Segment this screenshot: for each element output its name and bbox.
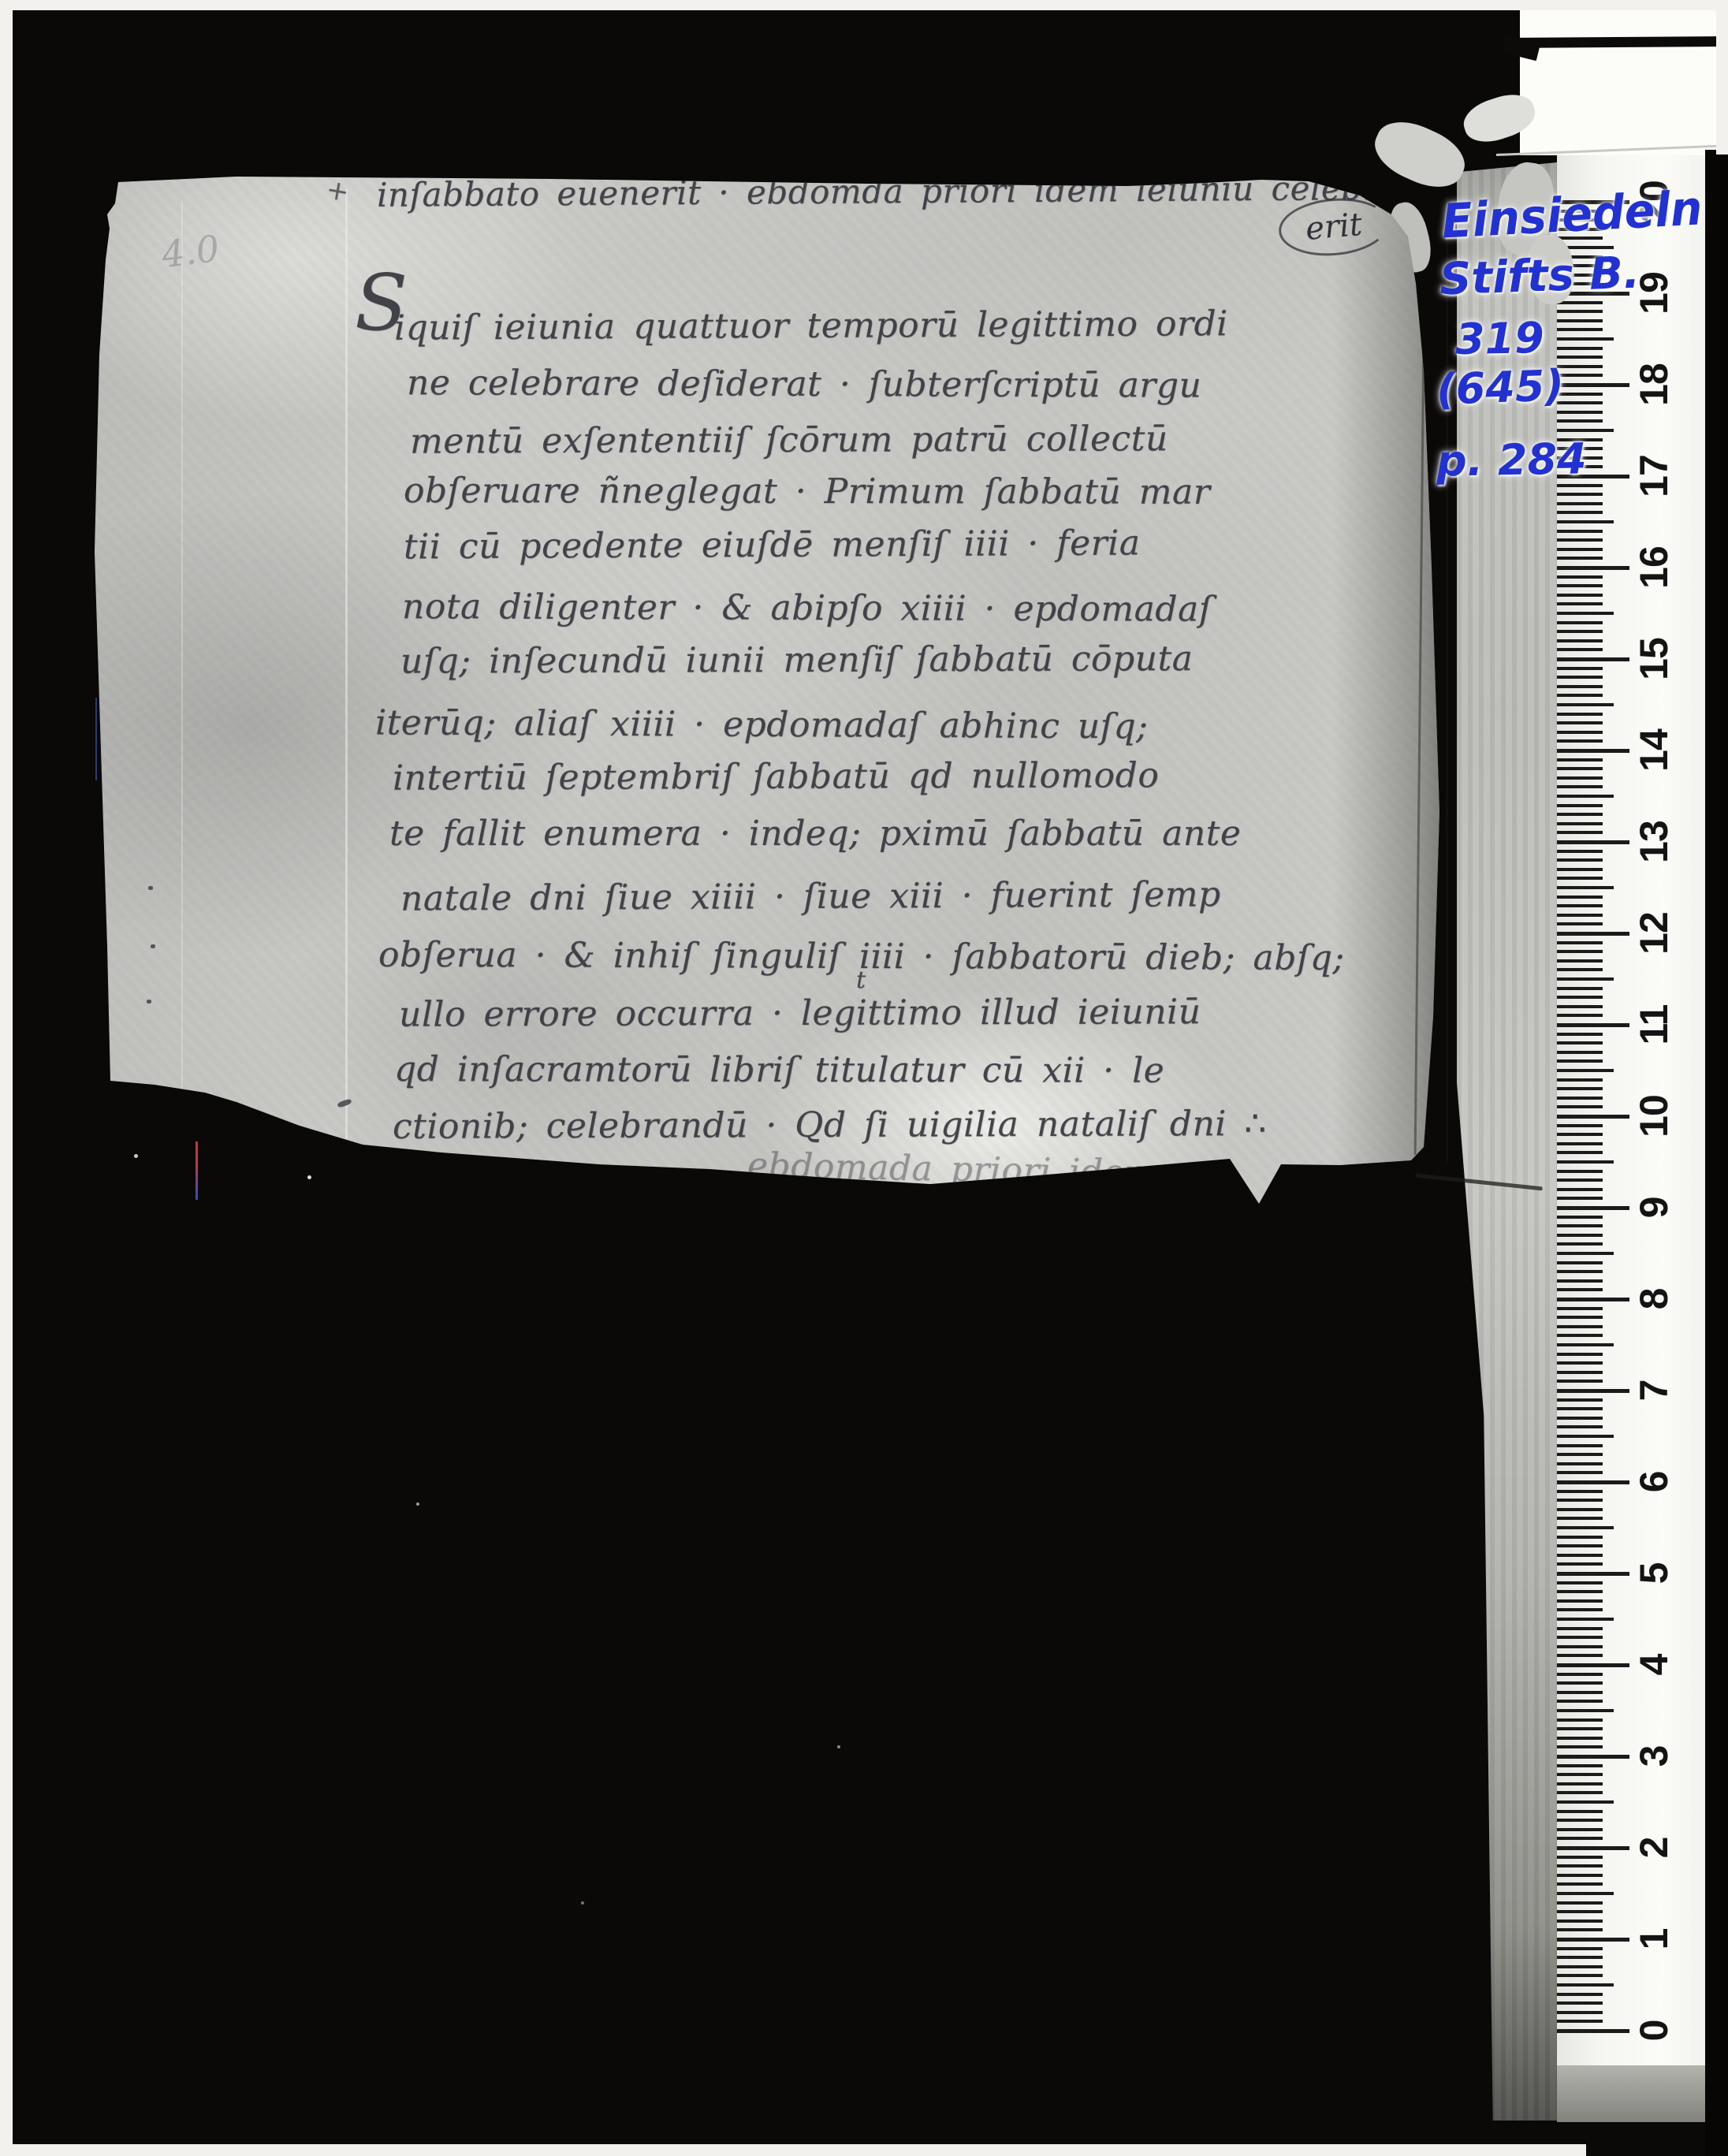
manuscript-partial-line: ebdomada priori idem — [747, 1145, 1158, 1193]
ruler-tick — [1557, 1197, 1603, 1200]
manuscript-line: ne celebrare deſiderat · ſubterſcriptū a… — [407, 363, 1202, 406]
ruler-tick — [1557, 877, 1603, 880]
fold-shadow — [1332, 158, 1451, 1175]
ruler-tick — [1557, 1417, 1603, 1420]
ruler-tick — [1557, 511, 1603, 514]
ruler-tick — [1557, 1590, 1603, 1593]
ruler-tick — [1557, 1216, 1603, 1219]
ruler-number: 2 — [1630, 1799, 1678, 1897]
ruler-number: 1 — [1630, 1890, 1678, 1988]
ruler-tick — [1557, 1681, 1603, 1685]
ruler-tick — [1557, 1800, 1614, 1804]
ruler-tick — [1557, 1069, 1614, 1072]
ruler-tick — [1557, 1097, 1603, 1100]
ruler-tick — [1557, 1023, 1629, 1027]
ruler-tick — [1557, 1819, 1603, 1822]
ruler-tick — [1557, 1453, 1603, 1456]
manuscript-line: uſq; inſecundū iunii menſiſ ſabbatū cōpu… — [400, 639, 1194, 682]
ruler-tick — [1557, 1663, 1629, 1667]
ruler-tick — [1557, 657, 1629, 661]
ruler-tick — [1557, 1325, 1603, 1328]
ruler-tick — [1557, 676, 1603, 679]
ruler-tick — [1557, 1179, 1603, 1182]
ruler-tick — [1557, 1380, 1603, 1383]
ruler-number: 16 — [1630, 519, 1678, 616]
ruler-tick — [1557, 1874, 1603, 1877]
ruler-tick — [1557, 2029, 1629, 2033]
ruler-tick — [1557, 1425, 1603, 1428]
ruler-tick — [1557, 896, 1603, 899]
ruler-tick — [1557, 886, 1614, 889]
ruler-tick — [1557, 1709, 1614, 1712]
ruler-tick — [1557, 1307, 1603, 1310]
ruler-tick — [1557, 1737, 1603, 1740]
ruler-tick — [1557, 1700, 1603, 1703]
ruler-tick — [1557, 1361, 1603, 1365]
ruler-tick — [1557, 1846, 1629, 1850]
manuscript-line: te fallit enumera · indeq; pximū ſabbatū… — [389, 814, 1241, 854]
ruler-tick — [1557, 1234, 1603, 1237]
ruler-tick — [1557, 950, 1603, 953]
ruler-tick — [1557, 566, 1629, 570]
ruler-number: 10 — [1630, 1067, 1678, 1165]
ruler-tick — [1557, 1398, 1603, 1402]
manuscript-line: mentū exſententiiſ ſcōrum patrū collectū — [410, 419, 1168, 461]
ruler-tick — [1557, 1462, 1603, 1465]
ruler-tick — [1557, 328, 1603, 331]
ruler-tick — [1557, 1353, 1603, 1356]
ruler-tick — [1557, 493, 1603, 496]
ruler-number: 17 — [1630, 427, 1678, 525]
ruler-tick — [1557, 639, 1603, 642]
photo-border-left — [0, 0, 13, 2156]
ruling-line — [181, 201, 183, 1092]
ruler-tick — [1557, 648, 1603, 651]
dust-speck — [837, 1745, 840, 1748]
ruler-tick — [1557, 1005, 1603, 1008]
ruler-tick — [1557, 758, 1603, 761]
film-scratch — [196, 1141, 198, 1200]
superscript-correction: t — [856, 966, 866, 994]
ruler-number: 9 — [1630, 1159, 1678, 1257]
ink-dot — [151, 944, 155, 948]
ruler-tick — [1557, 1051, 1603, 1054]
ruler-tick — [1557, 767, 1603, 770]
ruler-tick — [1557, 1343, 1614, 1346]
circled-word-text: erit — [1304, 207, 1363, 248]
ruler-tick — [1557, 419, 1603, 423]
ruler-number: 15 — [1630, 610, 1678, 708]
ruler-tick — [1557, 1928, 1603, 1931]
ruler-tick — [1557, 1188, 1603, 1191]
ruler-tick — [1557, 1160, 1614, 1164]
photo-border-bottom — [0, 2144, 1586, 2156]
manuscript-line: qd inſacramtorū libriſ titulatur cū xii … — [394, 1049, 1164, 1091]
ruler-tick — [1557, 1938, 1629, 1942]
ruler-tick — [1557, 795, 1614, 798]
ruler-tick — [1557, 1078, 1603, 1082]
ruler-tick — [1557, 1920, 1603, 1923]
film-scratch — [95, 698, 97, 780]
ruler-tick — [1557, 914, 1603, 917]
shelfmark-annotation-line: (645) — [1436, 360, 1565, 415]
ruler-tick — [1557, 1115, 1629, 1119]
ruler-tick — [1557, 1499, 1603, 1502]
ruler-tick — [1557, 739, 1603, 743]
ruler-tick — [1557, 520, 1614, 523]
ruler-tick — [1557, 1618, 1614, 1621]
ruler-number: 3 — [1630, 1707, 1678, 1805]
ruler-tick — [1557, 1993, 1603, 1996]
ruler-tick — [1557, 1983, 1614, 1987]
manuscript-line: iquiſ ieiunia quattuor temporū legittimo… — [394, 303, 1228, 348]
ruler-tick — [1557, 612, 1614, 615]
ruler-tick — [1557, 1892, 1614, 1895]
ruler-tick — [1557, 310, 1603, 313]
ruler-tick — [1557, 1627, 1603, 1630]
ruler-tick — [1557, 858, 1603, 862]
ruler-tick — [1557, 2020, 1603, 2023]
manuscript-line: intertiū ſeptembriſ ſabbatū qd nullomodo — [393, 755, 1159, 798]
ruler-tick — [1557, 1864, 1603, 1867]
ruler-tick — [1557, 1087, 1603, 1090]
ruler-tick — [1557, 1956, 1603, 1959]
ruler-tick — [1557, 1059, 1603, 1063]
ruler-tick — [1557, 1371, 1603, 1374]
ruler-tick — [1557, 1645, 1603, 1648]
dust-speck — [581, 1901, 584, 1905]
ruler-tick — [1557, 356, 1603, 359]
ruler-tick — [1557, 575, 1603, 579]
ruler-tick — [1557, 1471, 1603, 1474]
manuscript-photograph: 01234567891011121314151617181920 + inſab… — [0, 0, 1728, 2156]
ruler-tick — [1557, 987, 1603, 990]
ruler-blank-top — [1520, 10, 1728, 155]
ruler-tick — [1557, 602, 1603, 605]
ruler-tick — [1557, 776, 1603, 780]
ruler-tick — [1557, 319, 1603, 322]
manuscript-line: ctionib; celebrandū · Qd ſi uigilia nata… — [393, 1104, 1267, 1147]
ruler-tick — [1557, 996, 1603, 999]
ruler-tick — [1557, 1910, 1603, 1913]
ruler-tick — [1557, 2011, 1603, 2014]
ruler-tick — [1557, 429, 1614, 432]
ruler-tick — [1557, 977, 1614, 981]
ruler-tick — [1557, 1334, 1603, 1337]
ruler-tick — [1557, 713, 1603, 716]
dust-speck — [307, 1175, 311, 1179]
ruler-tick — [1557, 694, 1603, 697]
manuscript-line: iterūq; aliaſ xiiii · epdomadaſ abhinc u… — [375, 702, 1149, 747]
ruler-tick — [1557, 1490, 1603, 1493]
shelfmark-annotation-line: p. 284 — [1436, 434, 1587, 486]
ruler-tick — [1557, 1517, 1603, 1520]
ruler-tick — [1557, 1882, 1603, 1886]
ruler-tick — [1557, 731, 1603, 734]
faint-pencil-mark: 4.0 — [159, 227, 222, 277]
photo-border-right — [1716, 0, 1728, 155]
ruler-number: 8 — [1630, 1250, 1678, 1348]
ruler-tick — [1557, 1252, 1614, 1255]
ruler-tick — [1557, 1041, 1603, 1044]
ruler-tick — [1557, 904, 1603, 907]
ruler-tick — [1557, 557, 1603, 560]
ruler-tick — [1557, 1242, 1603, 1246]
ruler-tick — [1557, 721, 1603, 724]
ruler-tick — [1557, 301, 1603, 304]
manuscript-line: nota diligenter · & abipſo xiiii · epdom… — [402, 586, 1212, 630]
ruler-tick — [1557, 1636, 1603, 1639]
ruler-tick — [1557, 1480, 1629, 1484]
shelfmark-annotation-line: Stifts B. — [1439, 248, 1640, 306]
manuscript-line: obſeruare ñneglegat · Primum ſabbatū mar — [404, 471, 1210, 512]
ruler-tick — [1557, 1206, 1629, 1210]
ruler-tick — [1557, 1764, 1603, 1767]
ruler-tick — [1557, 548, 1603, 551]
ruler-tick — [1557, 1444, 1603, 1447]
ruler-tick — [1557, 1828, 1603, 1831]
ruler-tick — [1557, 1224, 1603, 1227]
ruler-tick — [1557, 703, 1614, 706]
ruler-tick — [1557, 383, 1629, 387]
ruler-tick — [1557, 1810, 1603, 1813]
shelfmark-annotation-line: 319 — [1454, 313, 1544, 364]
ruler-tick — [1557, 1270, 1603, 1273]
ruler-number: 4 — [1630, 1616, 1678, 1714]
ruler-tick — [1557, 1791, 1603, 1794]
ruler-tick — [1557, 1536, 1603, 1539]
ruler-tick — [1557, 1856, 1603, 1859]
ruler-tick — [1557, 1773, 1603, 1776]
ruler-tick — [1557, 1974, 1603, 1977]
ruler-tick — [1557, 484, 1603, 487]
ruler-tick — [1557, 1151, 1603, 1154]
ruling-line — [345, 189, 348, 1139]
ruler-tick — [1557, 1435, 1614, 1438]
ruler-number: 13 — [1630, 793, 1678, 891]
ruler-tick — [1557, 1526, 1614, 1529]
ruler-tick — [1557, 1965, 1603, 1968]
ruler-tick — [1557, 968, 1603, 971]
ruler-number: 12 — [1630, 884, 1678, 982]
ruler-tick — [1557, 1901, 1603, 1905]
ink-dot — [147, 1000, 151, 1004]
ruler-tick — [1557, 621, 1603, 624]
ruler-tick — [1557, 1298, 1629, 1301]
ruler-tick — [1557, 1745, 1603, 1748]
gutter-shadow-line — [1446, 197, 1448, 1163]
ruler-tick — [1557, 1554, 1603, 1557]
ruler-tick — [1557, 1389, 1629, 1393]
photo-border-top — [0, 0, 1728, 10]
ruler-tick — [1557, 749, 1629, 753]
ruler-tick — [1557, 1033, 1603, 1036]
ruler-tick — [1557, 840, 1629, 844]
ruler-tick — [1557, 1691, 1603, 1694]
ruler-number: 14 — [1630, 702, 1678, 799]
ruler-tick — [1557, 1133, 1603, 1136]
ruler-tick — [1557, 1014, 1603, 1017]
ruler-number: 11 — [1630, 976, 1678, 1074]
ruler-tick — [1557, 538, 1603, 542]
ruler-tick — [1557, 594, 1603, 597]
ruler-tick — [1557, 411, 1603, 414]
ruler-tick — [1557, 1581, 1603, 1584]
ruler-tick — [1557, 1288, 1603, 1291]
ruler-tick — [1557, 1947, 1603, 1950]
ruler-tick — [1557, 584, 1603, 587]
ruler-tick — [1557, 2001, 1603, 2005]
ruler-tick — [1557, 922, 1603, 925]
ruler-tick — [1557, 1837, 1603, 1840]
ruler-tick — [1557, 365, 1603, 368]
ruler-tick — [1557, 1782, 1603, 1785]
ruler-tick — [1557, 813, 1603, 816]
ruler-tick — [1557, 1105, 1603, 1108]
ruler-tick — [1557, 1608, 1603, 1611]
ruler-tick — [1557, 502, 1603, 505]
ruler-tick — [1557, 804, 1603, 807]
ruler-tick — [1557, 1279, 1603, 1283]
ruler-tick — [1557, 831, 1603, 834]
ruler-tick — [1557, 1261, 1603, 1264]
ruler-tick — [1557, 1508, 1603, 1511]
ruler-number: 6 — [1630, 1433, 1678, 1531]
ruler-tick — [1557, 530, 1603, 533]
dust-speck — [416, 1502, 419, 1506]
ruler-tick — [1557, 630, 1603, 633]
backdrop-right-sliver — [1705, 150, 1728, 2156]
ruler-tick — [1557, 1562, 1603, 1566]
ruler-tick — [1557, 959, 1603, 963]
ruler-tick — [1557, 1718, 1603, 1722]
ruler-tick — [1557, 1544, 1603, 1547]
ruler-tick — [1557, 1142, 1603, 1145]
ruler-tick — [1557, 1755, 1629, 1759]
ruler-number: 5 — [1630, 1525, 1678, 1622]
ruler-tick — [1557, 667, 1603, 670]
dust-speck — [134, 1154, 138, 1158]
ruler-tick — [1557, 822, 1603, 825]
manuscript-line: natale dni ſiue xiiii · ſiue xiii · fuer… — [400, 874, 1221, 918]
ruler-tick — [1557, 1124, 1603, 1127]
ruler-tick — [1557, 1170, 1603, 1173]
ruler-tick — [1557, 1673, 1603, 1676]
ruler-tick — [1557, 337, 1614, 341]
manuscript-line: tii cū pcedente eiuſdē menſiſ iiii · fer… — [404, 523, 1141, 568]
ruler-tick — [1557, 1727, 1603, 1730]
ruler-tick — [1557, 941, 1603, 944]
ruler-number: 7 — [1630, 1342, 1678, 1439]
ink-dot — [148, 886, 153, 890]
ruler-tick — [1557, 347, 1603, 350]
ruler-tick — [1557, 850, 1603, 853]
ruler-tick — [1557, 685, 1603, 688]
ruler-tick — [1557, 1407, 1603, 1410]
ruler-tick — [1557, 868, 1603, 871]
ruler-number: 18 — [1630, 336, 1678, 434]
ruler-tick — [1557, 1316, 1603, 1319]
ruler-tick — [1557, 1599, 1603, 1603]
ruler-tick — [1557, 932, 1629, 936]
ruler-tick — [1557, 1654, 1603, 1657]
ruler-number: 0 — [1630, 1982, 1678, 2080]
ruler-tick — [1557, 1572, 1629, 1576]
manuscript-line: ullo errore occurra · legittimo illud ie… — [399, 992, 1201, 1035]
ruler-tick — [1557, 785, 1603, 788]
